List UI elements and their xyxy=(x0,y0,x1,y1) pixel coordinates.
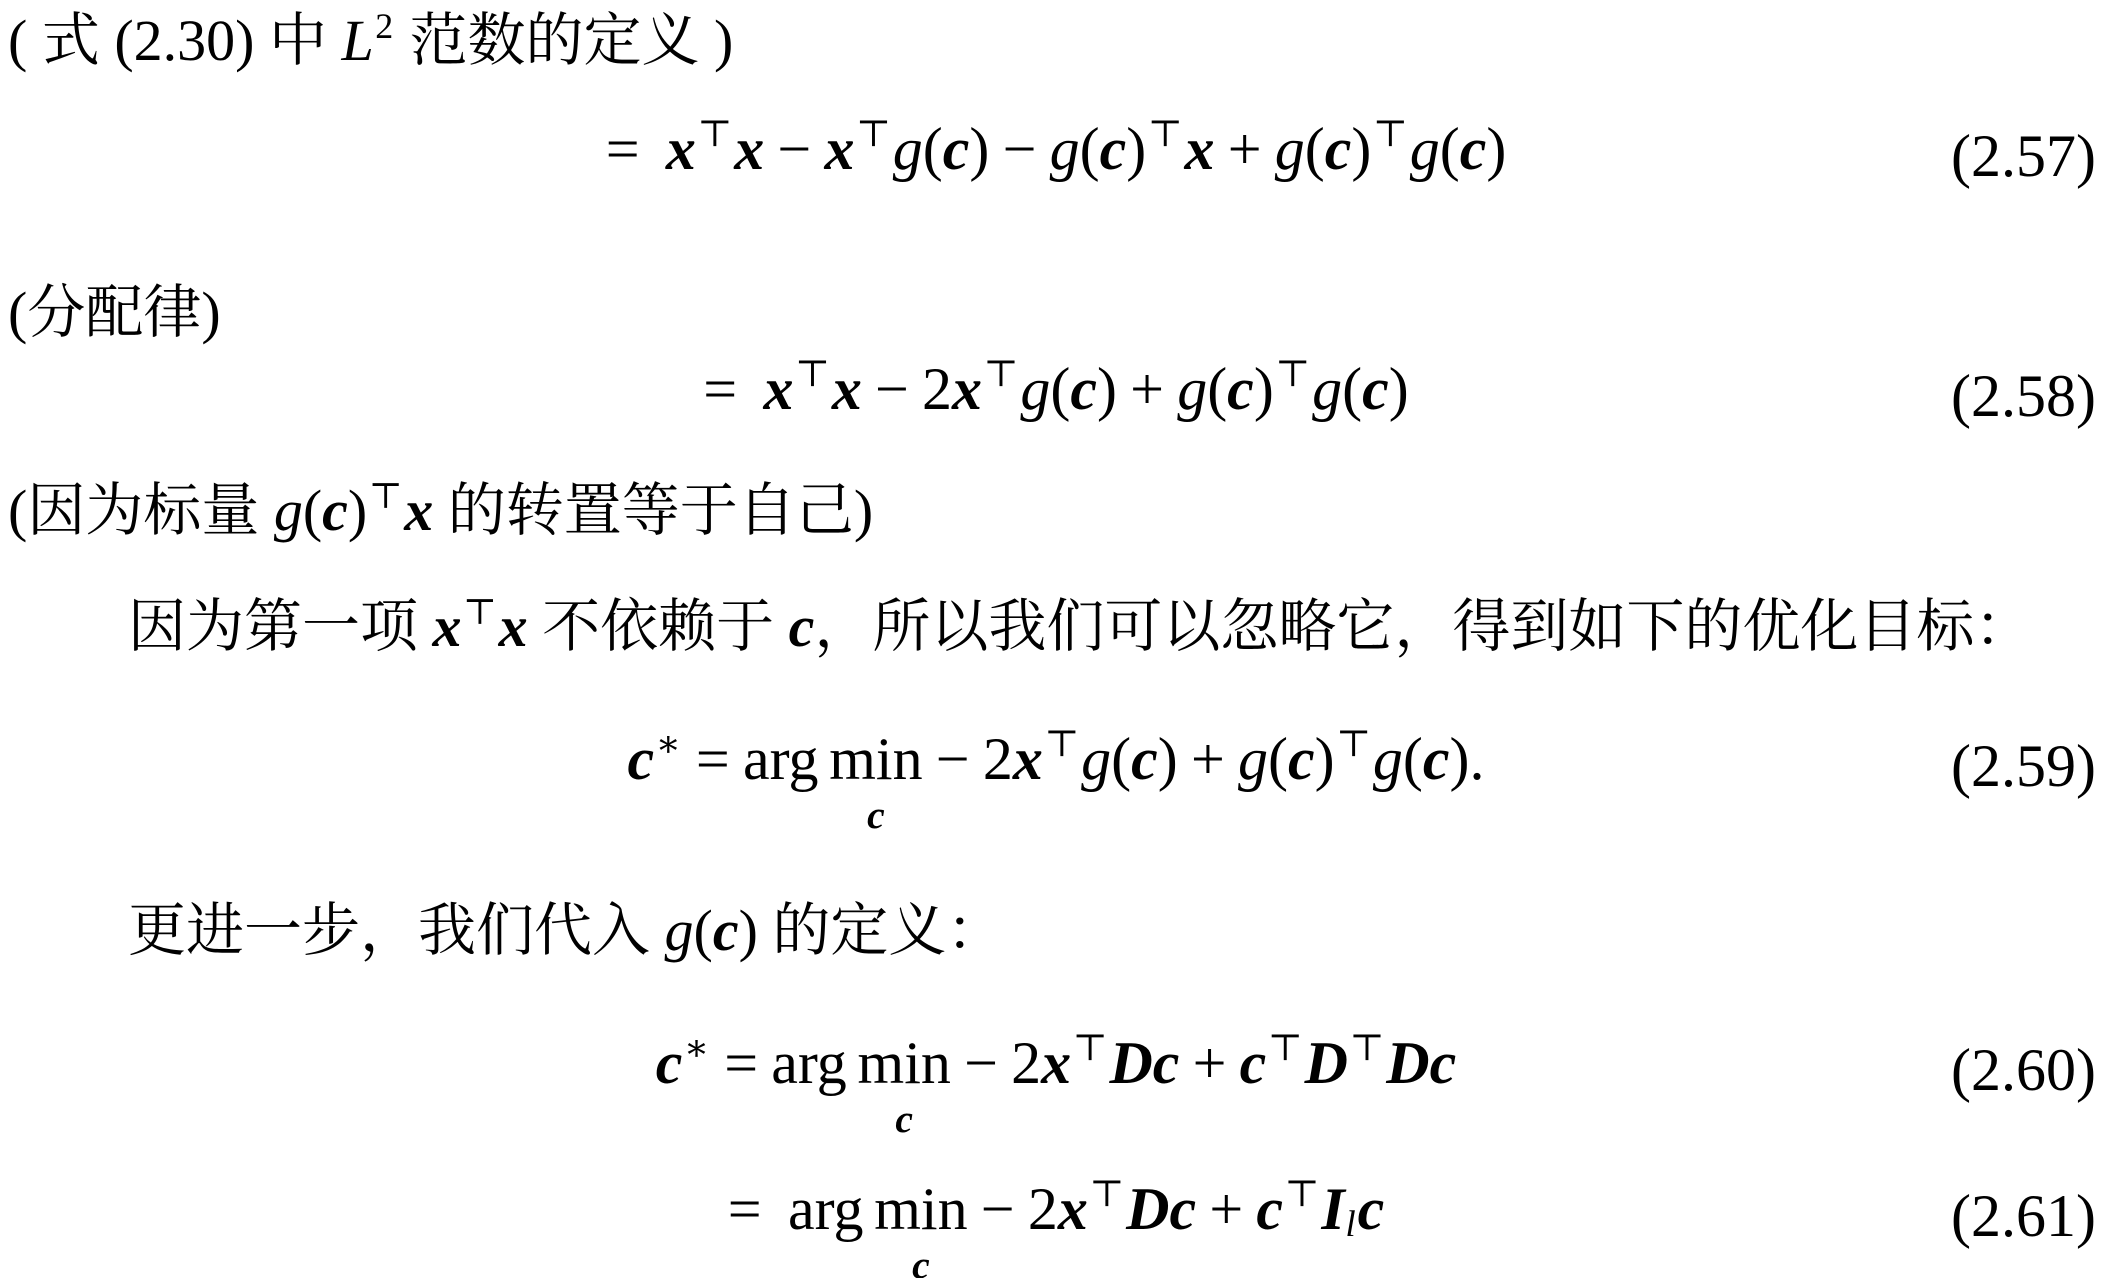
equation-2-60: c∗=argminc−2x⊤Dc+c⊤D⊤Dc (2.60) xyxy=(0,1026,2112,1139)
annotation-scalar-transpose: (因为标量 g(c)⊤x 的转置等于自己) xyxy=(0,476,2112,546)
paragraph-text: 因为第一项 x⊤x 不依赖于 c，所以我们可以忽略它，得到如下的优化目标： xyxy=(128,594,2032,659)
paragraph-optimization-goal: 因为第一项 x⊤x 不依赖于 c，所以我们可以忽略它，得到如下的优化目标： xyxy=(0,592,2112,662)
annotation-l2-norm-definition: ( 式 (2.30) 中 L2 范数的定义 ) xyxy=(0,6,2112,76)
equation-body: =argminc−2x⊤Dc+c⊤Ilc xyxy=(728,1172,1385,1278)
equation-2-58: =x⊤x−2x⊤g(c)+g(c)⊤g(c) (2.58) xyxy=(0,352,2112,427)
paragraph-text: 更进一步，我们代入 g(c) 的定义： xyxy=(128,898,1004,963)
document-page: ( 式 (2.30) 中 L2 范数的定义 ) =x⊤x−x⊤g(c)−g(c)… xyxy=(0,0,2112,1278)
equation-body: =x⊤x−x⊤g(c)−g(c)⊤x+g(c)⊤g(c) xyxy=(606,112,1507,187)
equation-number: (2.59) xyxy=(1951,729,2096,804)
operator-arg: arg xyxy=(788,1176,864,1242)
operator-min-with-limit: minc xyxy=(858,1032,951,1139)
paragraph-substitute-g: 更进一步，我们代入 g(c) 的定义： xyxy=(0,896,2112,966)
equation-number: (2.60) xyxy=(1951,1033,2096,1108)
annotation-text: (因为标量 g(c)⊤x 的转置等于自己) xyxy=(8,478,873,543)
equation-number: (2.57) xyxy=(1951,119,2096,194)
operator-arg: arg xyxy=(771,1030,847,1096)
operator-arg: arg xyxy=(743,726,819,792)
equation-2-59: c∗=argminc−2x⊤g(c)+g(c)⊤g(c). (2.59) xyxy=(0,722,2112,835)
equation-2-61: =argminc−2x⊤Dc+c⊤Ilc (2.61) xyxy=(0,1172,2112,1278)
equation-number: (2.58) xyxy=(1951,359,2096,434)
equation-body: c∗=argminc−2x⊤Dc+c⊤D⊤Dc xyxy=(656,1026,1457,1139)
equation-body: c∗=argminc−2x⊤g(c)+g(c)⊤g(c). xyxy=(627,722,1484,835)
operator-min-with-limit: minc xyxy=(874,1178,967,1278)
equation-body: =x⊤x−2x⊤g(c)+g(c)⊤g(c) xyxy=(703,352,1408,427)
annotation-text: ( 式 (2.30) 中 L2 范数的定义 ) xyxy=(8,8,733,73)
annotation-text: (分配律) xyxy=(8,280,221,345)
operator-min-with-limit: minc xyxy=(829,728,922,835)
annotation-distributive-law: (分配律) xyxy=(0,278,2112,348)
equation-number: (2.61) xyxy=(1951,1179,2096,1254)
equation-2-57: =x⊤x−x⊤g(c)−g(c)⊤x+g(c)⊤g(c) (2.57) xyxy=(0,112,2112,187)
